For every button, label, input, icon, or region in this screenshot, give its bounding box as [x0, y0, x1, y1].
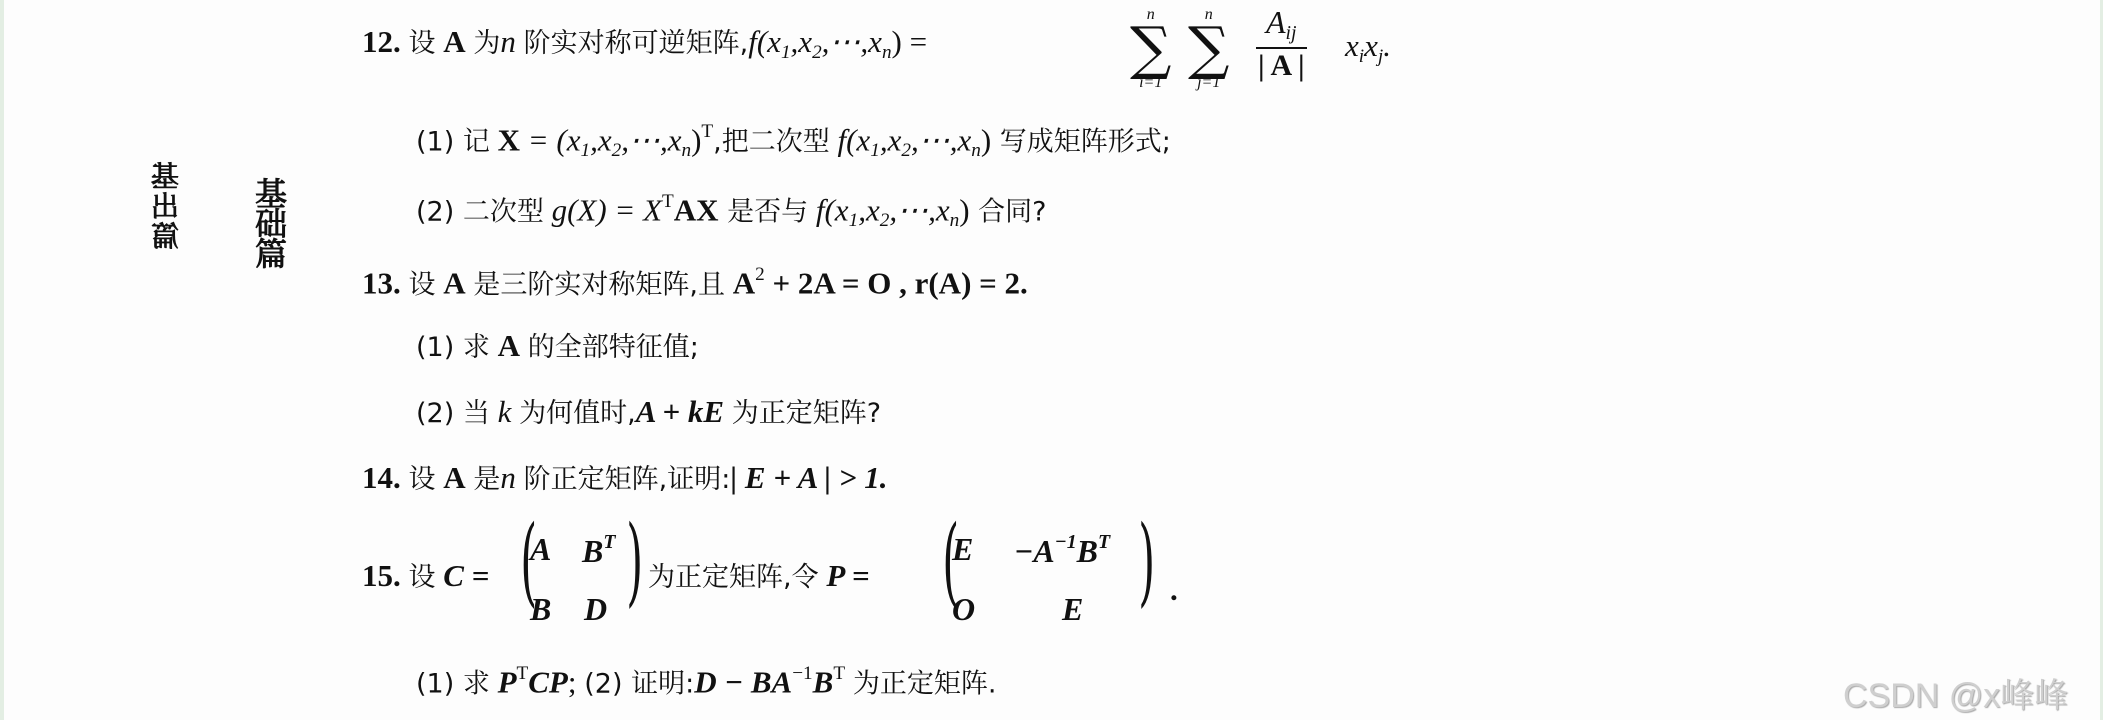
problem-15-parts: (1) 求 PTCP; (2) 证明:D − BA−1BT 为正定矩阵.	[416, 664, 996, 697]
math: B	[582, 533, 603, 569]
math: | E + A | > 1.	[730, 460, 887, 495]
math: n	[950, 210, 960, 231]
math: n	[882, 42, 892, 63]
math: x	[1345, 28, 1359, 63]
matrix-c: ( A BT B D )	[520, 525, 640, 635]
math: A	[443, 460, 465, 495]
problem-13-part-2: (2) 当 k 为何值时,A + kE 为正定矩阵?	[416, 396, 881, 427]
text: (2) 二次型	[416, 196, 544, 227]
math: 2	[901, 140, 911, 161]
math: f(x	[748, 24, 781, 59]
math: B	[1077, 533, 1098, 569]
math: ,⋯,x	[889, 192, 949, 227]
math: ,x	[858, 192, 880, 227]
problem-number: 15.	[362, 558, 401, 593]
math: 2	[812, 42, 822, 63]
matrix-cell: BT	[582, 531, 615, 570]
math: T	[833, 663, 845, 684]
side-char: 出	[151, 193, 179, 223]
math: A	[733, 265, 755, 300]
math: ;	[568, 664, 577, 699]
math: X	[498, 122, 520, 157]
math: −A	[1014, 533, 1055, 569]
math: T	[1098, 531, 1110, 553]
math: ,x	[791, 24, 813, 59]
text: 的全部特征值;	[528, 332, 699, 363]
text: 阶正定矩阵,证明:	[524, 464, 731, 495]
text: 设	[409, 269, 436, 300]
math: ,⋯,x	[911, 122, 971, 157]
text: (1) 求	[416, 332, 490, 363]
math: ,x	[880, 122, 902, 157]
problem-15-period: .	[1170, 574, 1178, 605]
matrix-cell: D	[584, 591, 607, 628]
math: ) =	[892, 24, 928, 59]
math: ij	[1286, 22, 1297, 44]
math: 2	[612, 140, 622, 161]
math: A	[443, 24, 465, 59]
text: (1) 记	[416, 126, 490, 157]
problem-number: 13.	[362, 265, 401, 300]
math: 1	[870, 140, 880, 161]
sigma-symbol: ∑	[1188, 22, 1229, 74]
summation-i: n ∑ i=1	[1130, 6, 1171, 92]
math: n	[681, 140, 691, 161]
math: ,x	[590, 122, 612, 157]
math: + 2A = O , r(A) = 2.	[765, 265, 1028, 300]
math: f(x	[830, 122, 870, 157]
watermark: CSDN @x峰峰	[1843, 668, 2068, 717]
matrix-cell: A	[530, 531, 551, 568]
math: )	[959, 192, 969, 227]
fraction: Aij | A |	[1256, 4, 1307, 83]
math: n	[500, 460, 516, 495]
math: A	[498, 328, 520, 363]
side-char: 础	[255, 208, 287, 238]
text: (1) 求	[416, 668, 490, 699]
math: 2	[755, 264, 765, 285]
text: 设	[409, 562, 436, 593]
problem-12-part-2: (2) 二次型 g(X) = XTAX 是否与 f(x1,x2,⋯,xn) 合同…	[416, 192, 1046, 230]
matrix-cell: B	[530, 591, 551, 628]
math: 2	[880, 210, 890, 231]
text: (2) 证明:	[584, 668, 694, 699]
math: T	[603, 531, 615, 553]
problem-number: 14.	[362, 460, 401, 495]
side-char: 基	[151, 163, 179, 193]
math: 1	[849, 210, 859, 231]
math: A	[1266, 4, 1286, 40]
math: n	[971, 140, 981, 161]
problem-12-tail: xixj.	[1345, 30, 1391, 66]
math: D − BA	[694, 664, 792, 699]
math: −1	[1055, 531, 1077, 553]
text: (2) 当	[416, 398, 490, 429]
math: P	[498, 664, 517, 699]
text: 是否与	[719, 196, 809, 227]
math: g(X) = X	[544, 192, 662, 227]
math: f(x	[808, 192, 848, 227]
numerator: Aij	[1256, 4, 1307, 49]
problem-12-part-1: (1) 记 X = (x1,x2,⋯,xn)T,把二次型 f(x1,x2,⋯,x…	[416, 122, 1171, 160]
math: C =	[443, 558, 489, 593]
math: 1	[580, 140, 590, 161]
right-paren: )	[1138, 513, 1155, 609]
text: 设	[409, 464, 436, 495]
math: T	[701, 121, 713, 142]
problem-12-stem: 12. 设 A 为n 阶实对称可逆矩阵,f(x1,x2,⋯,xn) =	[362, 26, 927, 62]
math: AX	[674, 192, 719, 227]
math: .	[1170, 572, 1178, 607]
math: A	[443, 265, 465, 300]
problem-15-stem-start: 15. 设 C =	[362, 560, 489, 591]
sigma-symbol: ∑	[1130, 22, 1171, 74]
math: = (x	[520, 122, 581, 157]
problem-14-stem: 14. 设 A 是n 阶正定矩阵,证明:| E + A | > 1.	[362, 462, 888, 493]
problem-13-part-1: (1) 求 A 的全部特征值;	[416, 330, 699, 361]
side-title: 基 础 篇	[255, 178, 287, 268]
text: 是三阶实对称矩阵,且	[473, 269, 725, 300]
problem-number: 12.	[362, 24, 401, 59]
side-char: 篇	[151, 223, 179, 253]
side-char: 基	[255, 178, 287, 208]
math: ,⋯,x	[621, 122, 681, 157]
math: k	[498, 394, 512, 429]
matrix-cell: −A−1BT	[1014, 531, 1110, 570]
math: .	[1383, 28, 1391, 63]
summation-j: n ∑ j=1	[1188, 6, 1229, 92]
math: x	[1364, 28, 1378, 63]
text: 写成矩阵形式;	[991, 126, 1171, 157]
matrix-p: ( E −A−1BT O E )	[942, 525, 1162, 635]
math: 1	[781, 42, 791, 63]
problem-13-stem: 13. 设 A 是三阶实对称矩阵,且 A2 + 2A = O , r(A) = …	[362, 265, 1028, 298]
denominator: | A |	[1256, 49, 1307, 83]
matrix-cell: E	[1062, 591, 1083, 628]
math: ,⋯,x	[822, 24, 882, 59]
text: 为	[473, 28, 500, 59]
matrix-cell: O	[952, 591, 975, 628]
math: A + kE	[636, 394, 724, 429]
math: B	[813, 664, 834, 699]
text: 为正定矩阵.	[853, 668, 997, 699]
text: 合同?	[970, 196, 1047, 227]
side-title-mirrored: 基 出 篇	[151, 163, 179, 253]
text: ,把二次型	[713, 126, 830, 157]
left-border	[0, 0, 4, 720]
math: P =	[826, 558, 869, 593]
text: 为正定矩阵,令	[648, 562, 819, 593]
text: 阶实对称可逆矩阵,	[524, 28, 749, 59]
math: n	[500, 24, 516, 59]
side-char: 篇	[255, 238, 287, 268]
text: 为正定矩阵?	[732, 398, 881, 429]
problem-15-stem-middle: 为正定矩阵,令 P =	[648, 560, 870, 591]
matrix-cell: E	[952, 531, 973, 568]
text: 设	[409, 28, 436, 59]
math: T	[662, 191, 674, 212]
right-paren: )	[626, 513, 643, 609]
text: 为何值时,	[519, 398, 636, 429]
math: −1	[792, 663, 812, 684]
math: T	[517, 663, 529, 684]
text: 是	[473, 464, 500, 495]
math: )	[981, 122, 991, 157]
math: )	[691, 122, 701, 157]
math: CP	[528, 664, 568, 699]
